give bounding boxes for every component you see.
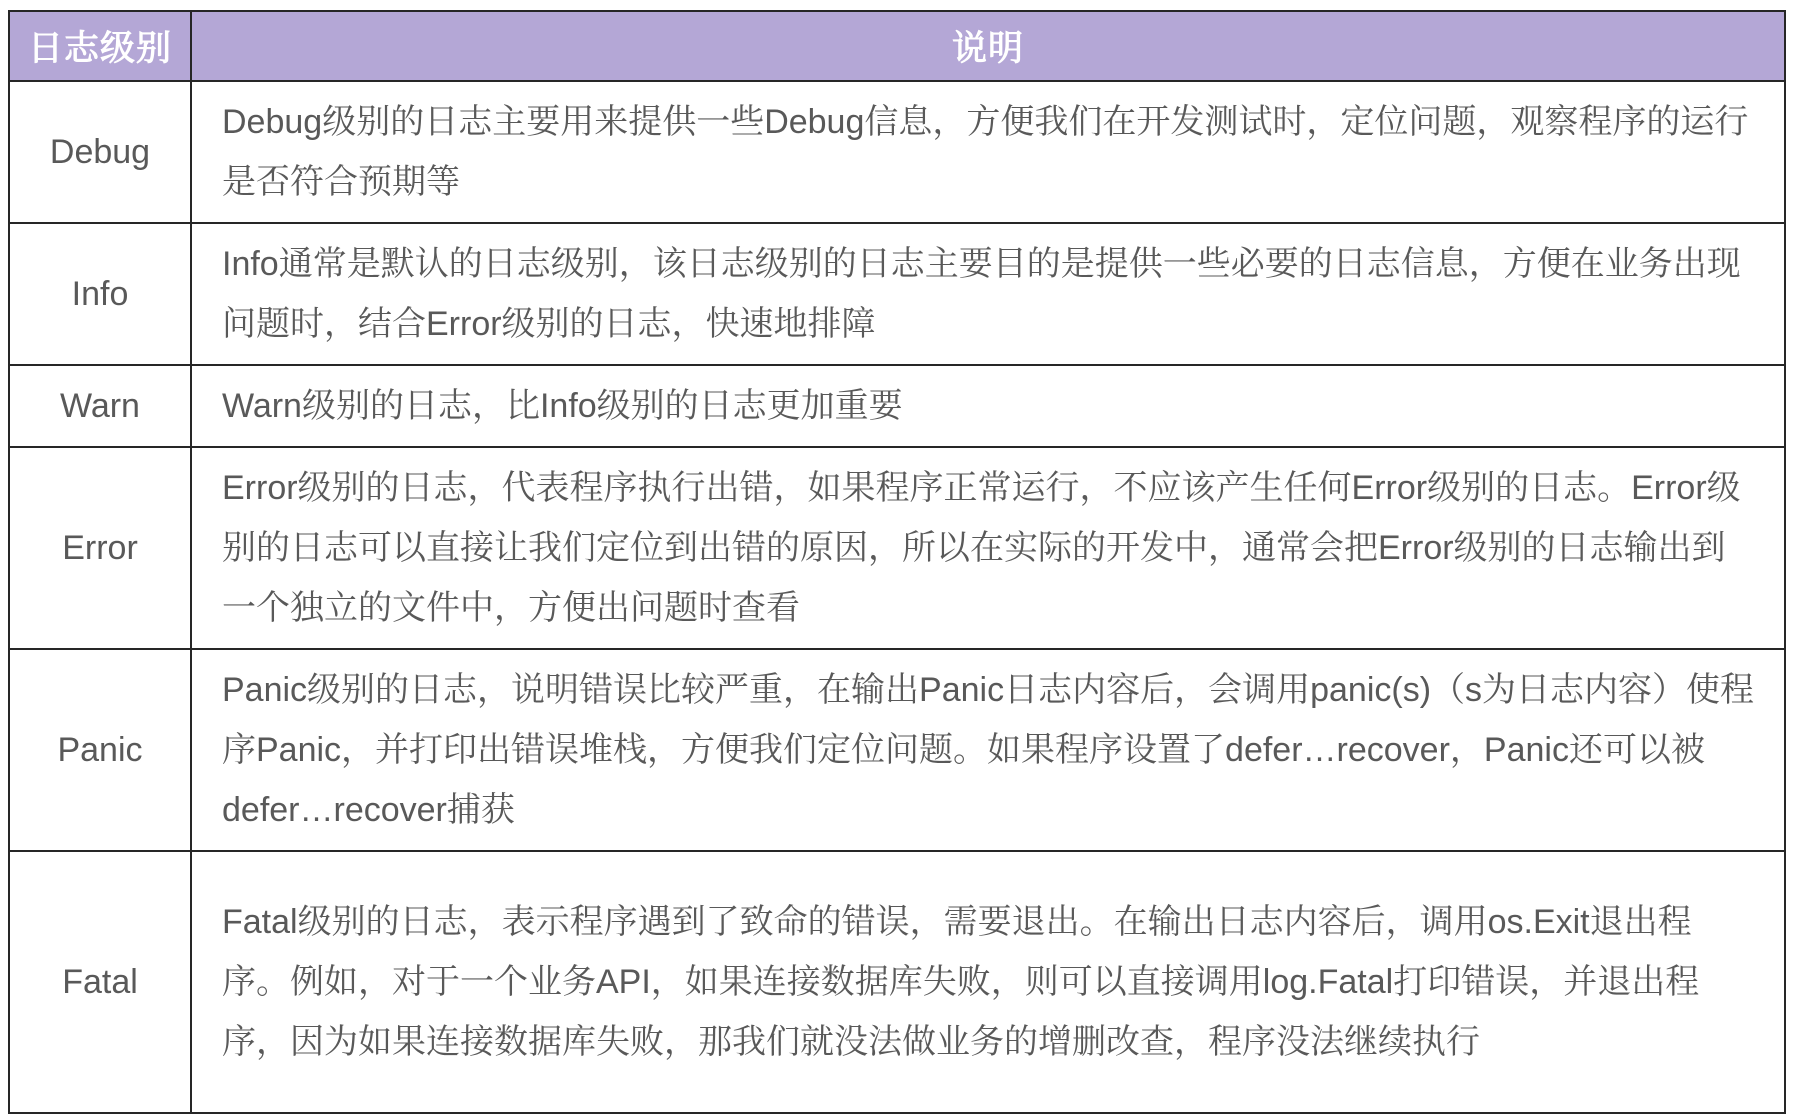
log-level-table: 日志级别 说明 Debug Debug级别的日志主要用来提供一些Debug信息，… xyxy=(8,10,1786,1114)
level-cell: Error xyxy=(9,447,191,649)
description-cell: Panic级别的日志，说明错误比较严重，在输出Panic日志内容后，会调用pan… xyxy=(191,649,1785,851)
description-cell: Info通常是默认的日志级别，该日志级别的日志主要目的是提供一些必要的日志信息，… xyxy=(191,223,1785,365)
description-cell: Fatal级别的日志，表示程序遇到了致命的错误，需要退出。在输出日志内容后，调用… xyxy=(191,851,1785,1113)
table-header: 日志级别 说明 xyxy=(9,11,1785,81)
description-cell: Warn级别的日志，比Info级别的日志更加重要 xyxy=(191,365,1785,447)
header-cell-description: 说明 xyxy=(191,11,1785,81)
table-row-fatal: Fatal Fatal级别的日志，表示程序遇到了致命的错误，需要退出。在输出日志… xyxy=(9,851,1785,1113)
table-row-panic: Panic Panic级别的日志，说明错误比较严重，在输出Panic日志内容后，… xyxy=(9,649,1785,851)
header-cell-level: 日志级别 xyxy=(9,11,191,81)
level-cell: Info xyxy=(9,223,191,365)
level-cell: Panic xyxy=(9,649,191,851)
level-cell: Debug xyxy=(9,81,191,223)
table-body: Debug Debug级别的日志主要用来提供一些Debug信息，方便我们在开发测… xyxy=(9,81,1785,1113)
table-row-debug: Debug Debug级别的日志主要用来提供一些Debug信息，方便我们在开发测… xyxy=(9,81,1785,223)
level-cell: Warn xyxy=(9,365,191,447)
header-row: 日志级别 说明 xyxy=(9,11,1785,81)
description-cell: Debug级别的日志主要用来提供一些Debug信息，方便我们在开发测试时，定位问… xyxy=(191,81,1785,223)
page: 日志级别 说明 Debug Debug级别的日志主要用来提供一些Debug信息，… xyxy=(0,0,1794,1120)
description-cell: Error级别的日志，代表程序执行出错，如果程序正常运行，不应该产生任何Erro… xyxy=(191,447,1785,649)
table-row-info: Info Info通常是默认的日志级别，该日志级别的日志主要目的是提供一些必要的… xyxy=(9,223,1785,365)
table-row-warn: Warn Warn级别的日志，比Info级别的日志更加重要 xyxy=(9,365,1785,447)
level-cell: Fatal xyxy=(9,851,191,1113)
table-row-error: Error Error级别的日志，代表程序执行出错，如果程序正常运行，不应该产生… xyxy=(9,447,1785,649)
